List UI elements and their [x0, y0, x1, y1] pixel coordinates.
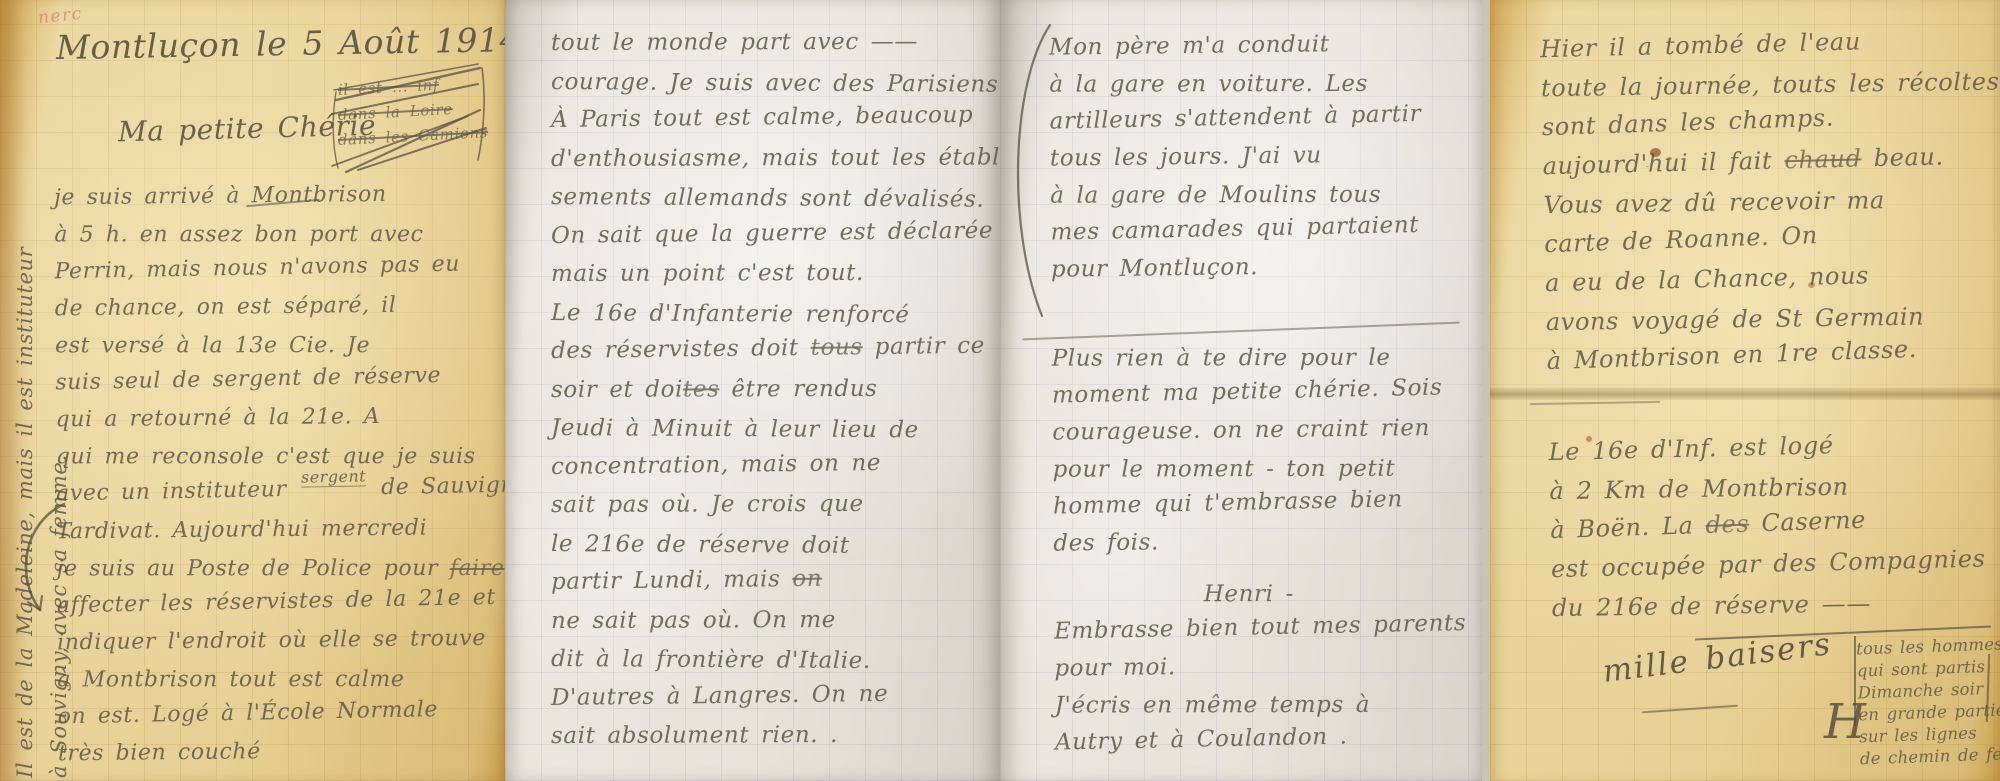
letter-line: Tardivat. Aujourd'hui mercredi	[56, 509, 505, 551]
letter-line: très bien couché	[58, 731, 505, 773]
letter-body-page-4: Hier il a tombé de l'eautoute la journée…	[1490, 21, 2000, 630]
letter-line: soir et doites être rendus	[551, 369, 1000, 409]
letter-line-segment: Caserne	[1749, 506, 1867, 538]
letter-body-page-3: Mon père m'a conduità la gare en voiture…	[1000, 26, 1482, 762]
letter-line: Mon père m'a conduit	[1049, 24, 1479, 66]
letter-line-segment: avec un instituteur	[56, 477, 299, 507]
letter-line: avec un instituteur sergent de Sauvigny	[56, 467, 505, 514]
letter-line: courageuse. on ne craint rien	[1052, 409, 1482, 451]
letter-line-segment: des	[1705, 510, 1750, 539]
letter-line: qui a retourné à la 21e. A	[55, 397, 504, 439]
letter-line: suis seul de sergent de réserve	[55, 356, 505, 402]
letter-line-segment: aujourd'hui il fait	[1542, 146, 1785, 180]
letter-line: D'autres à Langres. On ne	[551, 673, 1000, 717]
letter-line: Perrin, mais nous n'avons pas eu	[54, 245, 504, 291]
letter-line-segment: chaud	[1784, 144, 1862, 174]
letter-line-segment: partir ce	[863, 333, 985, 360]
letter-line: d'enthousiasme, mais tout les établis-	[551, 138, 1000, 178]
letter-line: tout le monde part avec ——	[551, 22, 1000, 62]
letter-line-segment: partir Lundi, mais	[551, 566, 793, 595]
letter-line: moment ma petite chérie. Sois	[1052, 369, 1482, 415]
letter-body-page-2: tout le monde part avec ——courage. Je su…	[505, 24, 1000, 756]
letter-salutation: Ma petite Chérie	[118, 109, 377, 149]
letter-line: je suis arrivé à Montbrison	[54, 175, 503, 217]
letter-line-segment: je suis au Poste de Police pour	[57, 556, 450, 581]
letter-line: pour Montluçon.	[1051, 246, 1481, 288]
letter-line-segment: tous	[810, 334, 862, 361]
closing-underline	[1642, 705, 1738, 714]
letter-line: À Paris tout est calme, beaucoup	[551, 96, 1000, 140]
letter-line-segment: à Boën. La	[1550, 511, 1706, 544]
letter-page-4: Hier il a tombé de l'eautoute la journée…	[1490, 0, 2000, 781]
letter-line: artilleurs s'attendent à partir	[1049, 95, 1480, 141]
letter-page-3: Mon père m'a conduità la gare en voiture…	[1000, 0, 1482, 781]
corner-annotation: tous les hommesqui sont partisDimanche s…	[1856, 634, 2000, 771]
letter-line-segment: faire	[450, 556, 505, 581]
letter-line-segment: beau.	[1861, 142, 1944, 172]
letter-line-segment: être rendus	[719, 375, 877, 402]
letter-line: pour moi.	[1054, 645, 1482, 687]
letter-line-segment: soir et doi	[551, 376, 683, 402]
letter-line: de chance, on est séparé, il	[55, 286, 504, 328]
letter-line: Embrasse bien tout mes parents	[1054, 605, 1482, 651]
letter-line: de chemin de fer	[1860, 744, 2000, 771]
letter-line: tous les jours. J'ai vu	[1050, 135, 1480, 177]
letter-page-2: tout le monde part avec ——courage. Je su…	[505, 0, 1000, 781]
letter-line: Le 16e d'Inf. est logé	[1548, 422, 2000, 472]
letter-line: on est. Logé à l'École Normale	[57, 690, 505, 736]
letter-line: On sait que la guerre est déclarée	[551, 211, 1000, 255]
letter-line: mes camarades qui partaient	[1050, 206, 1481, 252]
letter-line: indiquer l'endroit où elle se trouve	[57, 620, 505, 662]
letter-line-segment: sergent	[301, 466, 367, 487]
letter-line: affecter les réservistes de la 21e et le…	[57, 579, 505, 625]
letter-line: mais un point c'est tout.	[551, 253, 1000, 293]
letter-body-page-1: je suis arrivé à Montbrisonà 5 h. en ass…	[0, 176, 505, 773]
letter-line: sait absolument rien. .	[551, 715, 1000, 755]
letter-line: sait pas où. Je crois que	[551, 484, 1000, 524]
letter-line-segment: des réservistes doit	[551, 335, 811, 364]
letter-line: homme qui t'embrasse bien	[1053, 480, 1482, 526]
letter-line: ne sait pas où. On me	[551, 600, 1000, 640]
curved-arrow-mark	[6, 498, 80, 648]
letter-line: Hier il a tombé de l'eau	[1540, 19, 1995, 69]
letter-line-segment: de Sauvigny	[369, 472, 505, 500]
letter-line: des fois.	[1053, 520, 1482, 562]
letter-line-segment: on	[792, 566, 822, 592]
letter-line: du 216e de réserve ——	[1552, 582, 2000, 628]
letter-line-segment: tes	[683, 376, 720, 402]
letter-line: concentration, mais on ne	[551, 442, 1000, 486]
letter-page-1: nerc Montluçon le 5 Août 1914 il est ...…	[0, 0, 505, 781]
letter-line: Autry et à Coulandon .	[1055, 716, 1482, 762]
scanned-letter: { "document": { "kind": "handwritten let…	[0, 0, 2000, 781]
letter-line: partir Lundi, mais on	[551, 558, 1000, 602]
archive-red-mark: nerc	[37, 4, 84, 29]
letter-line: des réservistes doit tous partir ce	[551, 327, 1000, 371]
